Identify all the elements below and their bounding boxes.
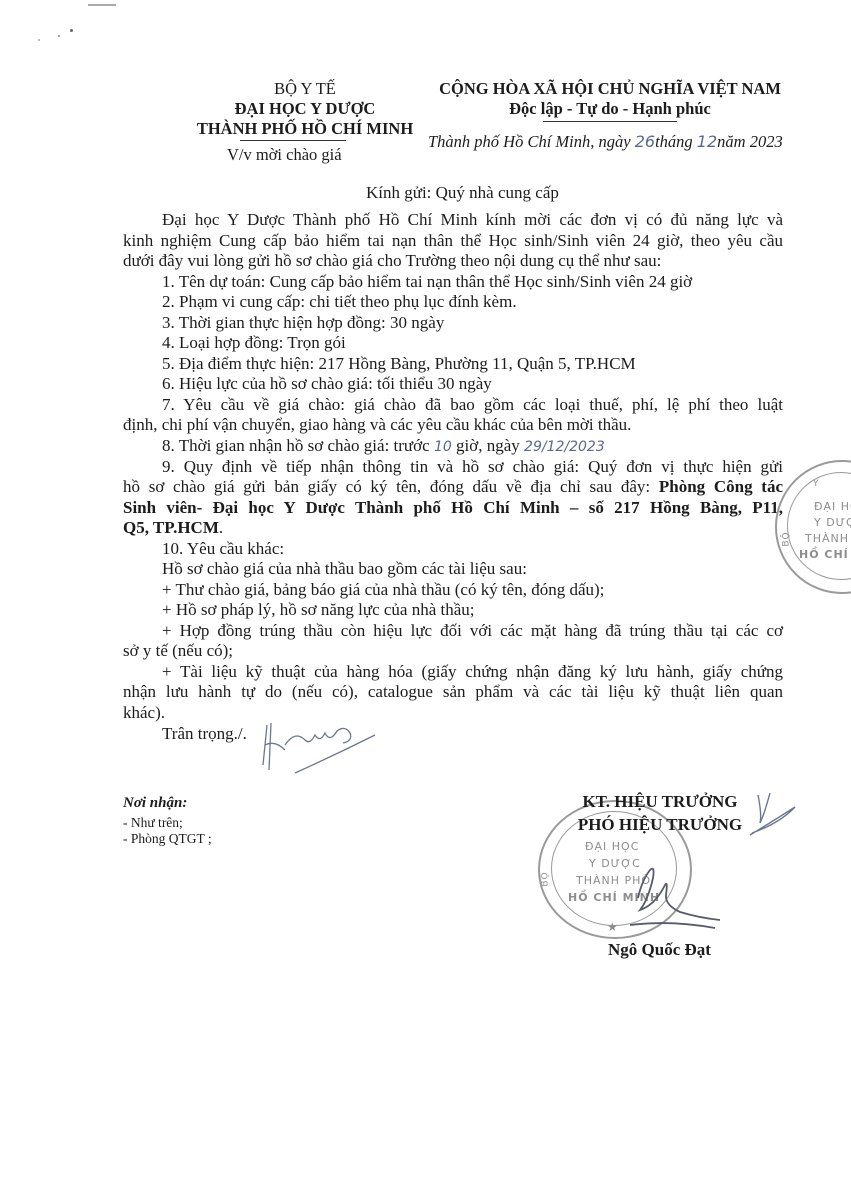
scan-artifact — [88, 4, 116, 6]
item-5: 5. Địa điểm thực hiện: 217 Hồng Bàng, Ph… — [162, 354, 783, 375]
stamp-text-1: ĐẠI HỌC — [585, 840, 639, 853]
intro-line-2: kinh nghiệm Cung cấp bảo hiểm tai nạn th… — [123, 231, 783, 252]
edge-stamp-text-2: Y DƯỢC — [814, 516, 851, 529]
edge-stamp-side-text: BỘ — [782, 531, 792, 546]
item-8-date-handwritten: 29/12/2023 — [524, 439, 605, 455]
item-1: 1. Tên dự toán: Cung cấp bảo hiểm tai nạ… — [162, 272, 783, 293]
item-9-period: . — [219, 518, 223, 537]
date-year: năm 2023 — [717, 132, 783, 151]
item-9-address-part-2: Sinh viên- Đại học Y Dược Thành phố Hồ C… — [123, 498, 783, 519]
edge-stamp-text-3: THÀNH PHỐ — [805, 532, 851, 545]
date-prefix: Thành phố Hồ Chí Minh, ngày — [428, 132, 635, 151]
motto-underline — [543, 121, 677, 122]
national-header: CỘNG HÒA XÃ HỘI CHỦ NGHĨA VIỆT NAM Độc l… — [420, 79, 800, 119]
edge-stamp-text-1: ĐẠI HỌC — [814, 500, 851, 513]
date-month-label: tháng — [655, 132, 697, 151]
item-7-line-2: định, chi phí vận chuyển, giao hàng và c… — [123, 415, 783, 436]
item-10-title: 10. Yêu cầu khác: — [162, 539, 783, 560]
item-10-bullet-2: + Hồ sơ pháp lý, hồ sơ năng lực của nhà … — [162, 600, 783, 621]
item-7-line-1: 7. Yêu cầu về giá chào: giá chào đã bao … — [162, 395, 783, 416]
item-9-line-2-text: hồ sơ chào giá gửi bản giấy có ký tên, đ… — [123, 477, 659, 496]
nation-name: CỘNG HÒA XÃ HỘI CHỦ NGHĨA VIỆT NAM — [420, 79, 800, 99]
intro-line-3: dưới đây vui lòng gửi hồ sơ chào giá cho… — [123, 251, 783, 272]
item-10-bullet-3-line-1: + Hợp đồng trúng thầu còn hiệu lực đối v… — [162, 621, 783, 642]
item-9-address-part-3: Q5, TP.HCM — [123, 518, 219, 537]
intro-line-1: Đại học Y Dược Thành phố Hồ Chí Minh kín… — [162, 210, 783, 231]
item-9-line-2: hồ sơ chào giá gửi bản giấy có ký tên, đ… — [123, 477, 783, 498]
subject-line: V/v mời chào giá — [227, 145, 342, 165]
item-4: 4. Loại hợp đồng: Trọn gói — [162, 333, 783, 354]
header-left-divider — [240, 140, 346, 141]
date-line: Thành phố Hồ Chí Minh, ngày 26tháng 12nă… — [428, 132, 783, 152]
handwritten-signature — [620, 860, 730, 935]
item-10-bullet-1: + Thư chào giá, bảng báo giá của nhà thầ… — [162, 580, 783, 601]
item-9-address-part-1: Phòng Công tác — [659, 477, 783, 496]
item-8: 8. Thời gian nhận hồ sơ chào giá: trước … — [162, 436, 783, 458]
item-6: 6. Hiệu lực của hồ sơ chào giá: tối thiể… — [162, 374, 783, 395]
university-name-line1: ĐẠI HỌC Y DƯỢC — [150, 99, 460, 119]
scan-artifact — [70, 29, 73, 32]
item-8-hour-handwritten: 10 — [434, 439, 452, 455]
ministry-name: BỘ Y TẾ — [150, 79, 460, 99]
recipients-title: Nơi nhận: — [123, 795, 187, 812]
university-name-line2: THÀNH PHỐ HỒ CHÍ MINH — [150, 119, 460, 139]
item-10-bullet-3-line-2: sở y tế (nếu có); — [123, 641, 783, 662]
scan-artifact — [38, 39, 40, 41]
item-2: 2. Phạm vi cung cấp: chi tiết theo phụ l… — [162, 292, 783, 313]
item-9-line-4: Q5, TP.HCM. — [123, 518, 783, 539]
date-month-handwritten: 12 — [697, 132, 717, 151]
item-10-bullet-4-line-3: khác). — [123, 703, 783, 724]
item-8-prefix: 8. Thời gian nhận hồ sơ chào giá: trước — [162, 436, 434, 455]
item-10-bullet-4-line-1: + Tài liệu kỹ thuật của hàng hóa (giấy c… — [162, 662, 783, 683]
edge-stamp-text-4: HỒ CHÍ MINH — [799, 548, 851, 561]
header-left: BỘ Y TẾ ĐẠI HỌC Y DƯỢC THÀNH PHỐ HỒ CHÍ … — [150, 79, 460, 139]
recipient-2: - Phòng QTGT ; — [123, 831, 212, 847]
recipient-1: - Như trên; — [123, 815, 183, 831]
item-10-lead: Hồ sơ chào giá của nhà thầu bao gồm các … — [162, 559, 783, 580]
signature-tick-mark — [740, 785, 800, 845]
stamp-side-text: BỘ — [541, 871, 551, 886]
item-10-bullet-4-line-2: nhận lưu hành tự do (nếu có), catalogue … — [123, 682, 783, 703]
item-3: 3. Thời gian thực hiện hợp đồng: 30 ngày — [162, 313, 783, 334]
item-8-middle: giờ, ngày — [452, 436, 524, 455]
date-day-handwritten: 26 — [635, 132, 655, 151]
item-9-line-1: 9. Quy định về tiếp nhận thông tin và hồ… — [162, 457, 783, 478]
initials-signature — [255, 715, 385, 785]
scan-artifact — [58, 35, 60, 37]
edge-stamp-top-text: Y — [813, 479, 820, 489]
national-motto: Độc lập - Tự do - Hạnh phúc — [420, 99, 800, 119]
salutation: Kính gửi: Quý nhà cung cấp — [366, 183, 559, 203]
signer-name: Ngô Quốc Đạt — [608, 940, 711, 960]
stamp-star-icon: ★ — [607, 920, 619, 934]
page-edge-stamp: Y ĐẠI HỌC Y DƯỢC THÀNH PHỐ HỒ CHÍ MINH B… — [775, 460, 851, 594]
